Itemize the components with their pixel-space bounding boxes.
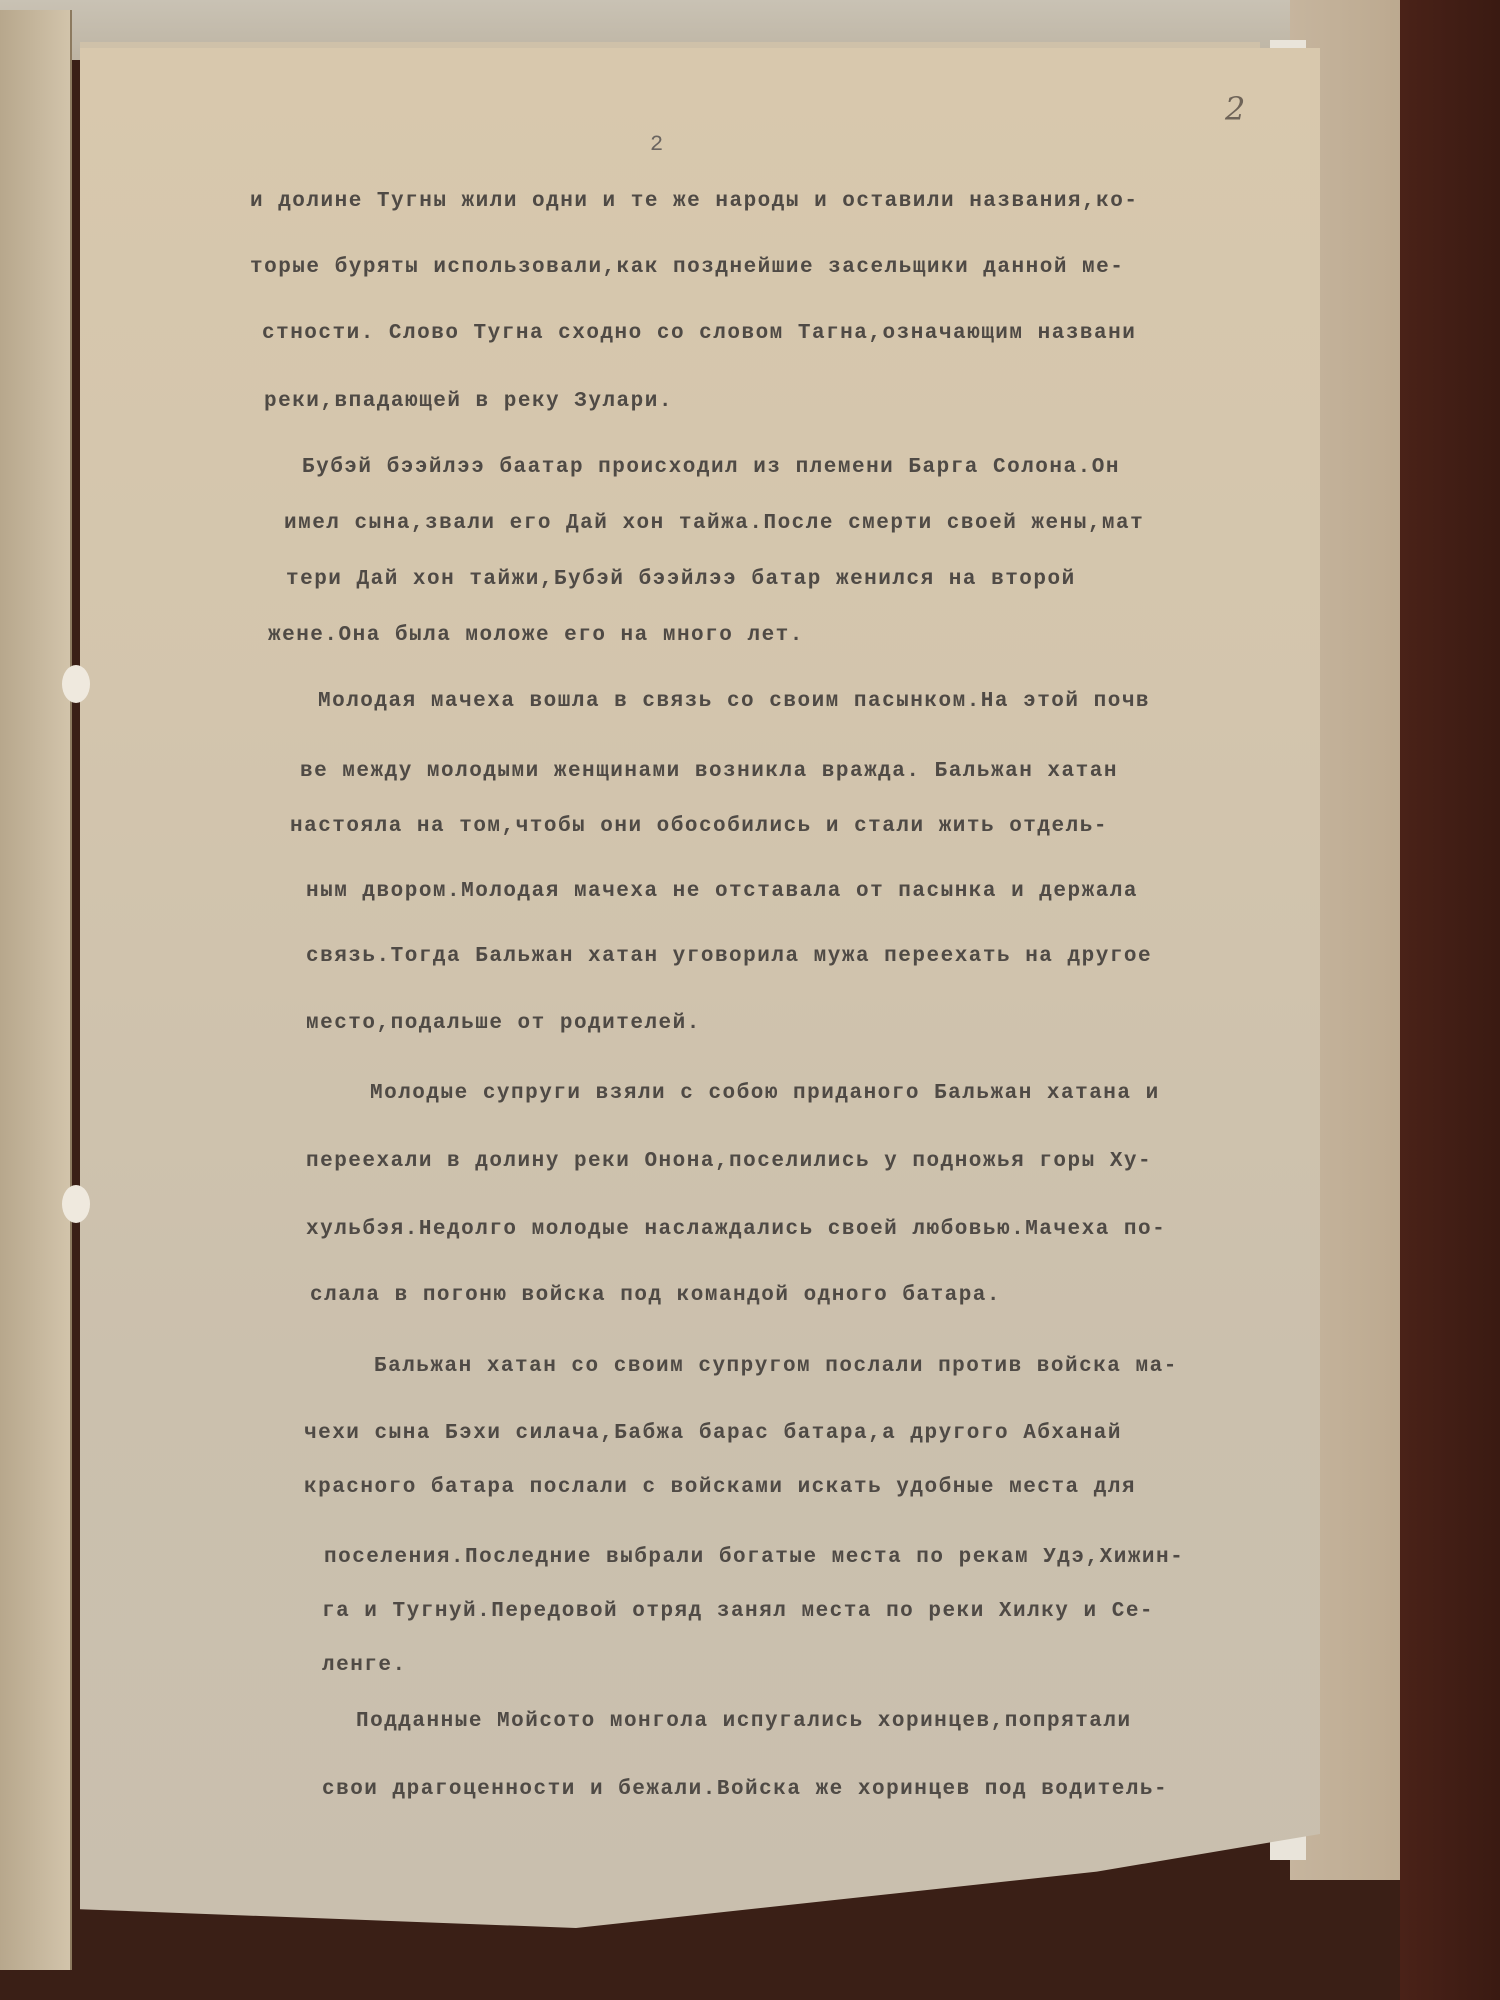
handwritten-page-number: 2 [1225,90,1245,128]
text-line: свои драгоценности и бежали.Войска же хо… [322,1778,1168,1801]
text-line: жене.Она была моложе его на много лет. [268,624,804,647]
text-line: ве между молодыми женщинами возникла вра… [300,760,1118,783]
text-line: место,подальше от родителей. [306,1012,701,1035]
text-line: переехали в долину реки Онона,поселились… [306,1150,1152,1173]
wooden-surface [1400,0,1500,2000]
text-line: Бубэй бээйлээ баатар происходил из племе… [302,456,1120,479]
text-line: Молодые супруги взяли с собою приданого … [370,1082,1160,1105]
typed-page-number: 2 [650,132,663,157]
text-line: Бальжан хатан со своим супругом послали … [374,1355,1178,1378]
text-line: тери Дай хон тайжи,Бубэй бээйлээ батар ж… [286,568,1076,591]
text-line: слала в погоню войска под командой одног… [310,1284,1001,1307]
text-line: ленге. [322,1654,407,1677]
binding-left-page [0,10,72,1970]
punch-hole [62,1185,90,1223]
text-line: чехи сына Бэхи силача,Бабжа барас батара… [304,1422,1122,1445]
text-line: имел сына,звали его Дай хон тайжа.После … [284,512,1144,535]
punch-hole [62,665,90,703]
text-line: торые буряты использовали,как позднейшие… [250,256,1124,279]
text-line: реки,впадающей в реку Зулари. [264,390,673,413]
text-line: связь.Тогда Бальжан хатан уговорила мужа… [306,945,1152,968]
text-line: ным двором.Молодая мачеха не отставала о… [306,880,1138,903]
text-line: Подданные Мойсото монгола испугались хор… [356,1710,1132,1733]
text-line: и долине Тугны жили одни и те же народы … [250,190,1138,213]
text-line: га и Тугнуй.Передовой отряд занял места … [322,1600,1154,1623]
text-line: Молодая мачеха вошла в связь со своим па… [318,690,1150,713]
text-line: стности. Слово Тугна сходно со словом Та… [262,322,1136,345]
text-line: хульбэя.Недолго молодые наслаждались сво… [306,1218,1166,1241]
text-line: красного батара послали с войсками искат… [304,1476,1136,1499]
text-line: настояла на том,чтобы они обособились и … [290,815,1108,838]
text-line: поселения.Последние выбрали богатые мест… [324,1546,1184,1569]
